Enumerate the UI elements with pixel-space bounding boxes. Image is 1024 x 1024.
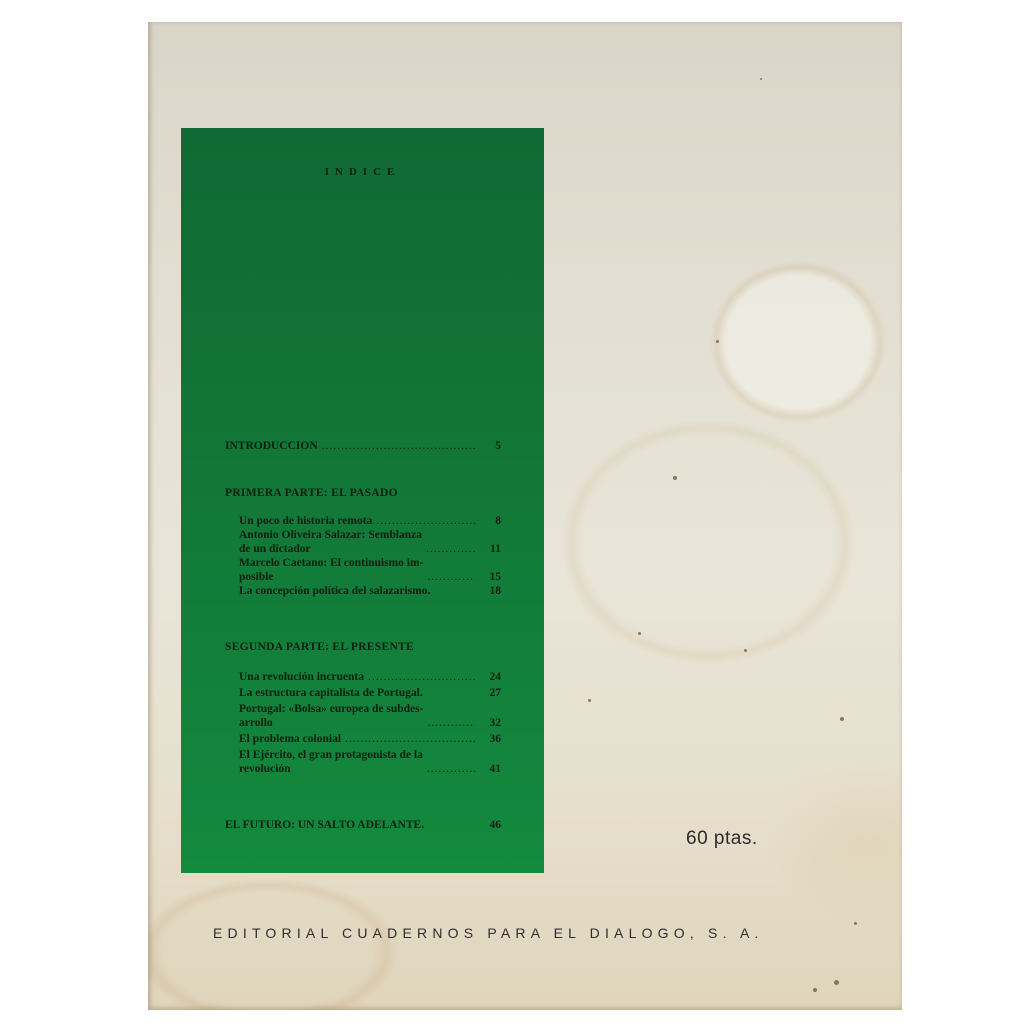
toc-entry: Un poco de historia remota .............… <box>239 514 501 528</box>
toc-entry: El problema colonial ...................… <box>239 732 501 746</box>
toc-entry-page: 36 <box>479 732 501 746</box>
toc-entry-label: Un poco de historia remota <box>239 514 372 528</box>
toc-entry: El Ejército, el gran protagonista de la … <box>239 748 501 776</box>
leader-dots: ........................................… <box>427 570 475 584</box>
leader-dots: ........................................… <box>426 542 475 556</box>
stain-dot <box>588 699 591 702</box>
toc-entry-page: 15 <box>479 570 501 584</box>
toc-entry-page: 27 <box>479 686 501 700</box>
leader-dots: ........................................… <box>368 670 475 684</box>
stain-dot <box>638 632 641 635</box>
toc-entry-label: INTRODUCCION <box>225 439 318 453</box>
stain-dot <box>673 476 677 480</box>
leader-dots: ........................................… <box>376 514 475 528</box>
leader-dots: ........................................… <box>345 732 475 746</box>
toc-entry: La estructura capitalista de Portugal. .… <box>239 686 501 700</box>
toc-entry-page: 5 <box>479 439 501 453</box>
toc-entry-label: Una revolución incruenta <box>239 670 364 684</box>
toc-entry-page: 32 <box>479 716 501 730</box>
toc-entry-label: La concepción política del salazarismo. <box>239 584 430 598</box>
toc-entry-page: 24 <box>479 670 501 684</box>
part-title-segunda: SEGUNDA PARTE: EL PRESENTE <box>225 640 414 654</box>
leader-dots: ........................................… <box>427 716 475 730</box>
toc-list: INTRODUCCION ...........................… <box>225 128 501 873</box>
toc-entry-label: Marcelo Caetano: El continuismo im- posi… <box>239 556 423 584</box>
toc-entry-page: 11 <box>479 542 501 556</box>
stain-dot <box>840 717 844 721</box>
toc-entry-label: Antonio Oliveira Salazar: Semblanza de u… <box>239 528 422 556</box>
toc-entry-label: El Ejército, el gran protagonista de la … <box>239 748 423 776</box>
toc-entry-page: 8 <box>479 514 501 528</box>
leader-dots: ........................................… <box>322 439 475 453</box>
toc-entry-label: Portugal: «Bolsa» europea de subdes- arr… <box>239 702 423 730</box>
toc-entry-label: La estructura capitalista de Portugal. <box>239 686 423 700</box>
toc-entry-page: 41 <box>479 762 501 776</box>
toc-entry-page: 18 <box>479 584 501 598</box>
toc-entry-label: El problema colonial <box>239 732 341 746</box>
stain-dot <box>760 78 762 80</box>
toc-entry-introduction: INTRODUCCION ...........................… <box>225 439 501 453</box>
publisher-imprint: EDITORIAL CUADERNOS PARA EL DIALOGO, S. … <box>213 925 764 941</box>
price-label: 60 ptas. <box>686 828 758 850</box>
toc-entry-label: EL FUTURO: UN SALTO ADELANTE. <box>225 818 424 832</box>
back-cover-page: INDICE INTRODUCCION ....................… <box>148 22 902 1010</box>
stain-dot <box>744 649 747 652</box>
toc-entry: Portugal: «Bolsa» europea de subdes- arr… <box>239 702 501 730</box>
part-title-primera: PRIMERA PARTE: EL PASADO <box>225 486 398 500</box>
toc-entry: Una revolución incruenta ...............… <box>239 670 501 684</box>
leader-dots: ........................................… <box>427 762 475 776</box>
toc-entry-conclusion: EL FUTURO: UN SALTO ADELANTE. . 46 <box>225 818 501 832</box>
toc-entry: Marcelo Caetano: El continuismo im- posi… <box>239 556 501 584</box>
stain-dot <box>813 988 817 992</box>
toc-entry: La concepción política del salazarismo. … <box>239 584 501 598</box>
toc-entry-page: 46 <box>479 818 501 832</box>
stain-dot <box>834 980 839 985</box>
toc-entry: Antonio Oliveira Salazar: Semblanza de u… <box>239 528 501 556</box>
stain-dot <box>716 340 719 343</box>
stain-dot <box>854 922 857 925</box>
table-of-contents-panel: INDICE INTRODUCCION ....................… <box>181 128 544 873</box>
